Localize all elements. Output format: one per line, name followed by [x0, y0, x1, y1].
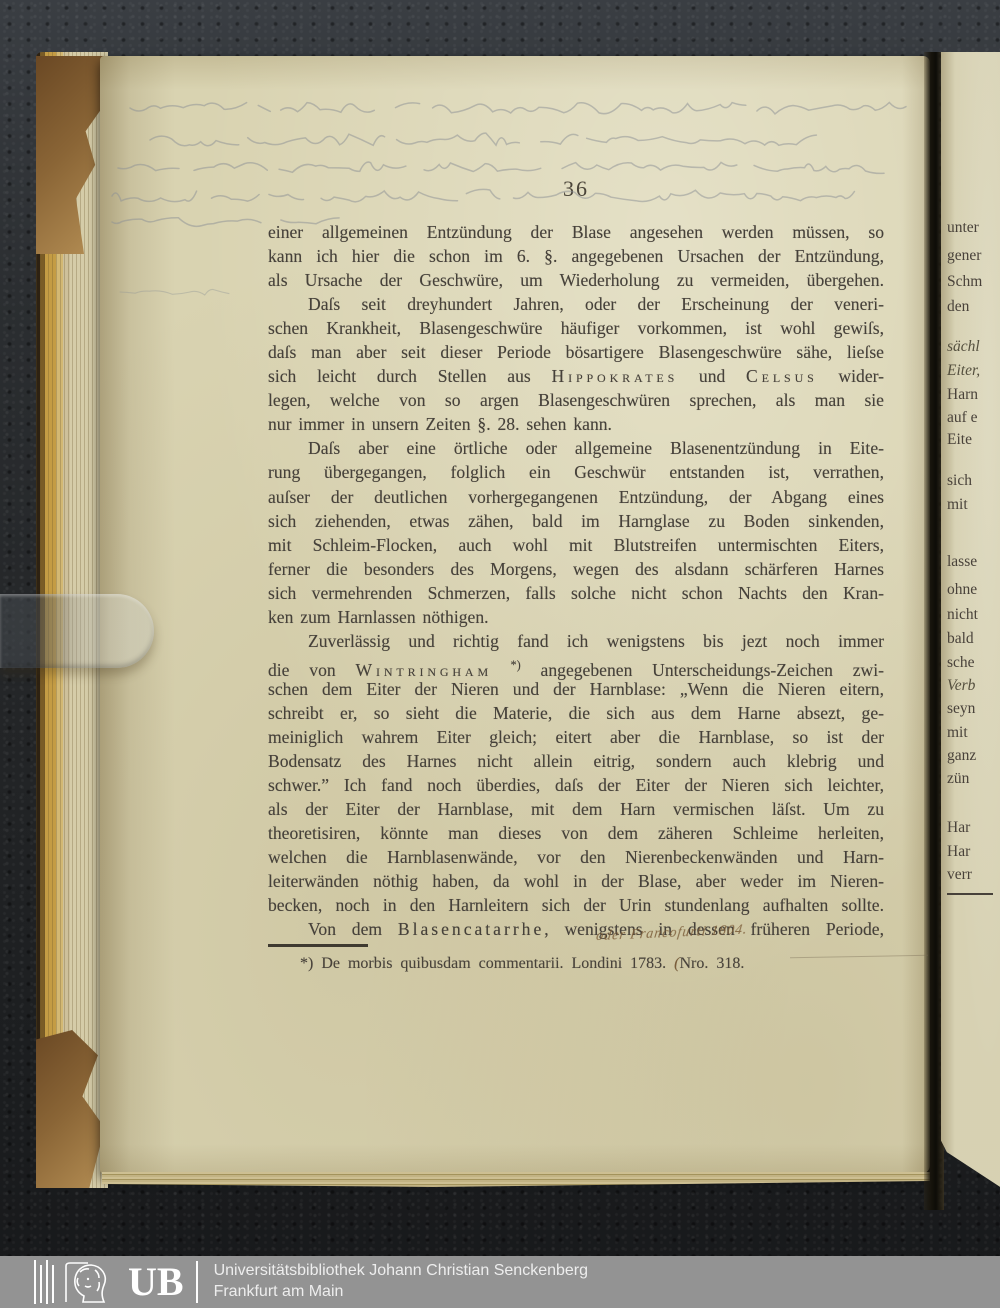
body-line: Von dem Blasencatarrhe, wenigstens in de… — [268, 917, 884, 941]
body-line: legen, welche von so argen Blasengeschwü… — [268, 388, 884, 412]
next-page-text-fragment: unter — [947, 220, 979, 236]
next-page-text-fragment: Har — [947, 844, 970, 860]
page-number: 36 — [268, 176, 884, 202]
next-page-text-fragment: Schm — [947, 274, 982, 290]
next-page-text-fragment: den — [947, 299, 969, 315]
body-line: sich leicht durch Stellen aus Hippokrate… — [268, 364, 884, 388]
next-page-text-fragment: mit — [947, 497, 968, 513]
next-page-text-fragment: Eite — [947, 432, 972, 448]
body-line: einer allgemeinen Entzündung der Blase a… — [268, 220, 884, 244]
body-line: kann ich hier die schon im 6. §. angegeb… — [268, 244, 884, 268]
body-line: mit Schleim-Flocken, auch wohl mit Bluts… — [268, 533, 884, 557]
body-line: als Ursache der Geschwüre, um Wiederholu… — [268, 268, 884, 292]
body-line: schwer.” Ich fand noch überdies, daſs de… — [268, 773, 884, 797]
body-line: daſs man aber seit dieser Periode bösart… — [268, 340, 884, 364]
body-line: ken zum Harnlassen nöthigen. — [268, 605, 884, 629]
body-line: rung übergegangen, folglich ein Geschwür… — [268, 460, 884, 484]
ub-logo-text: UB — [128, 1260, 184, 1304]
body-line: welchen die Harnblasenwände, vor den Nie… — [268, 845, 884, 869]
body-line: sich vermehrenden Schmerzen, falls solch… — [268, 581, 884, 605]
footnote-marker: *) — [300, 955, 313, 972]
next-page-text-fragment: gener — [947, 248, 981, 264]
next-page-text-fragment: Verb — [947, 678, 975, 694]
body-line: Bodensatz des Harnes nicht allein eitrig… — [268, 749, 884, 773]
body-line: meiniglich wahrem Eiter gleich; eitert a… — [268, 725, 884, 749]
library-name-line1: Universitätsbibliothek Johann Christian … — [214, 1261, 588, 1282]
body-line: die von Wintringham *) angegebenen Unter… — [268, 653, 884, 677]
next-page-text-fragment: sich — [947, 473, 972, 489]
next-page-footnote-rule — [947, 893, 993, 895]
library-name-line2: Frankfurt am Main — [214, 1282, 588, 1303]
body-line: ferner die besonders des Morgens, wegen … — [268, 557, 884, 581]
next-page-text-fragment: bald — [947, 631, 974, 647]
body-line: leiterwänden nöthig haben, da wohl in de… — [268, 869, 884, 893]
next-page-text-fragment: zün — [947, 771, 969, 787]
next-page-text-fragment: mit — [947, 725, 968, 741]
footnote-text-2: Nro. 318. — [680, 955, 745, 972]
body-line: Daſs aber eine örtliche oder allgemeine … — [268, 436, 884, 460]
library-name: Universitätsbibliothek Johann Christian … — [214, 1261, 588, 1303]
footnote-rule — [268, 944, 368, 947]
next-page-text-fragment: ohne — [947, 582, 977, 598]
next-page-text-fragment: ganz — [947, 748, 976, 764]
body-line: schen dem Eiter der Nieren und der Harnb… — [268, 677, 884, 701]
bottom-page-edges — [102, 1172, 930, 1187]
body-line: becken, noch in den Harnleitern sich der… — [268, 893, 884, 917]
next-page-text-fragment: nicht — [947, 607, 978, 623]
logo-line-icon — [34, 1260, 36, 1304]
next-page-text-fragment: lasse — [947, 554, 977, 570]
body-line: Daſs seit dreyhundert Jahren, oder der E… — [268, 292, 884, 316]
library-logo: UB Universitätsbibliothek Johann Christi… — [34, 1260, 588, 1304]
next-page-text-fragment: auf e — [947, 410, 978, 426]
logo-line-icon — [52, 1265, 54, 1303]
book-page: 36 einer allgemeinen Entzündung der Blas… — [100, 56, 930, 1174]
next-page-text-fragment: Har — [947, 820, 970, 836]
next-page-text-fragment: Harn — [947, 387, 978, 403]
next-page-text-fragment: sächl — [947, 339, 980, 355]
footnote: *) De morbis quibusdam commentarii. Lond… — [300, 955, 860, 973]
body-line: auſser der deutlichen vorhergegangenen E… — [268, 485, 884, 509]
logo-line-icon — [46, 1260, 48, 1304]
body-line: schreibt er, so sieht die Materie, die s… — [268, 701, 884, 725]
body-line: sich ziehenden, etwas zähen, bald im Har… — [268, 509, 884, 533]
body-line: theoretisiren, könnte man dieses von dem… — [268, 821, 884, 845]
body-line: als der Eiter der Harnblase, mit dem Har… — [268, 797, 884, 821]
logo-divider — [196, 1261, 198, 1303]
next-page-text-fragment: seyn — [947, 701, 975, 717]
body-text: einer allgemeinen Entzündung der Blase a… — [268, 220, 884, 941]
logo-line-icon — [40, 1265, 42, 1303]
senckenberg-portrait-icon — [58, 1260, 124, 1304]
next-page-text-fragment: Eiter, — [947, 363, 980, 379]
body-line: Zuverlässig und richtig fand ich wenigst… — [268, 629, 884, 653]
next-page-text-fragment: sche — [947, 655, 975, 671]
next-page-edge: untergenerSchmdensächlEiter,Harnauf eEit… — [941, 52, 1000, 1210]
footnote-text: De morbis quibusdam commentarii. Londini… — [313, 955, 674, 972]
next-page-text-fragment: verr — [947, 867, 972, 883]
book-scan: 36 einer allgemeinen Entzündung der Blas… — [0, 0, 1000, 1308]
page-holder-tab — [0, 594, 154, 668]
body-line: schen Krankheit, Blasengeschwüre häufige… — [268, 316, 884, 340]
body-line: nur immer in unsern Zeiten §. 28. sehen … — [268, 412, 884, 436]
library-footer-bar: UB Universitätsbibliothek Johann Christi… — [0, 1256, 1000, 1308]
